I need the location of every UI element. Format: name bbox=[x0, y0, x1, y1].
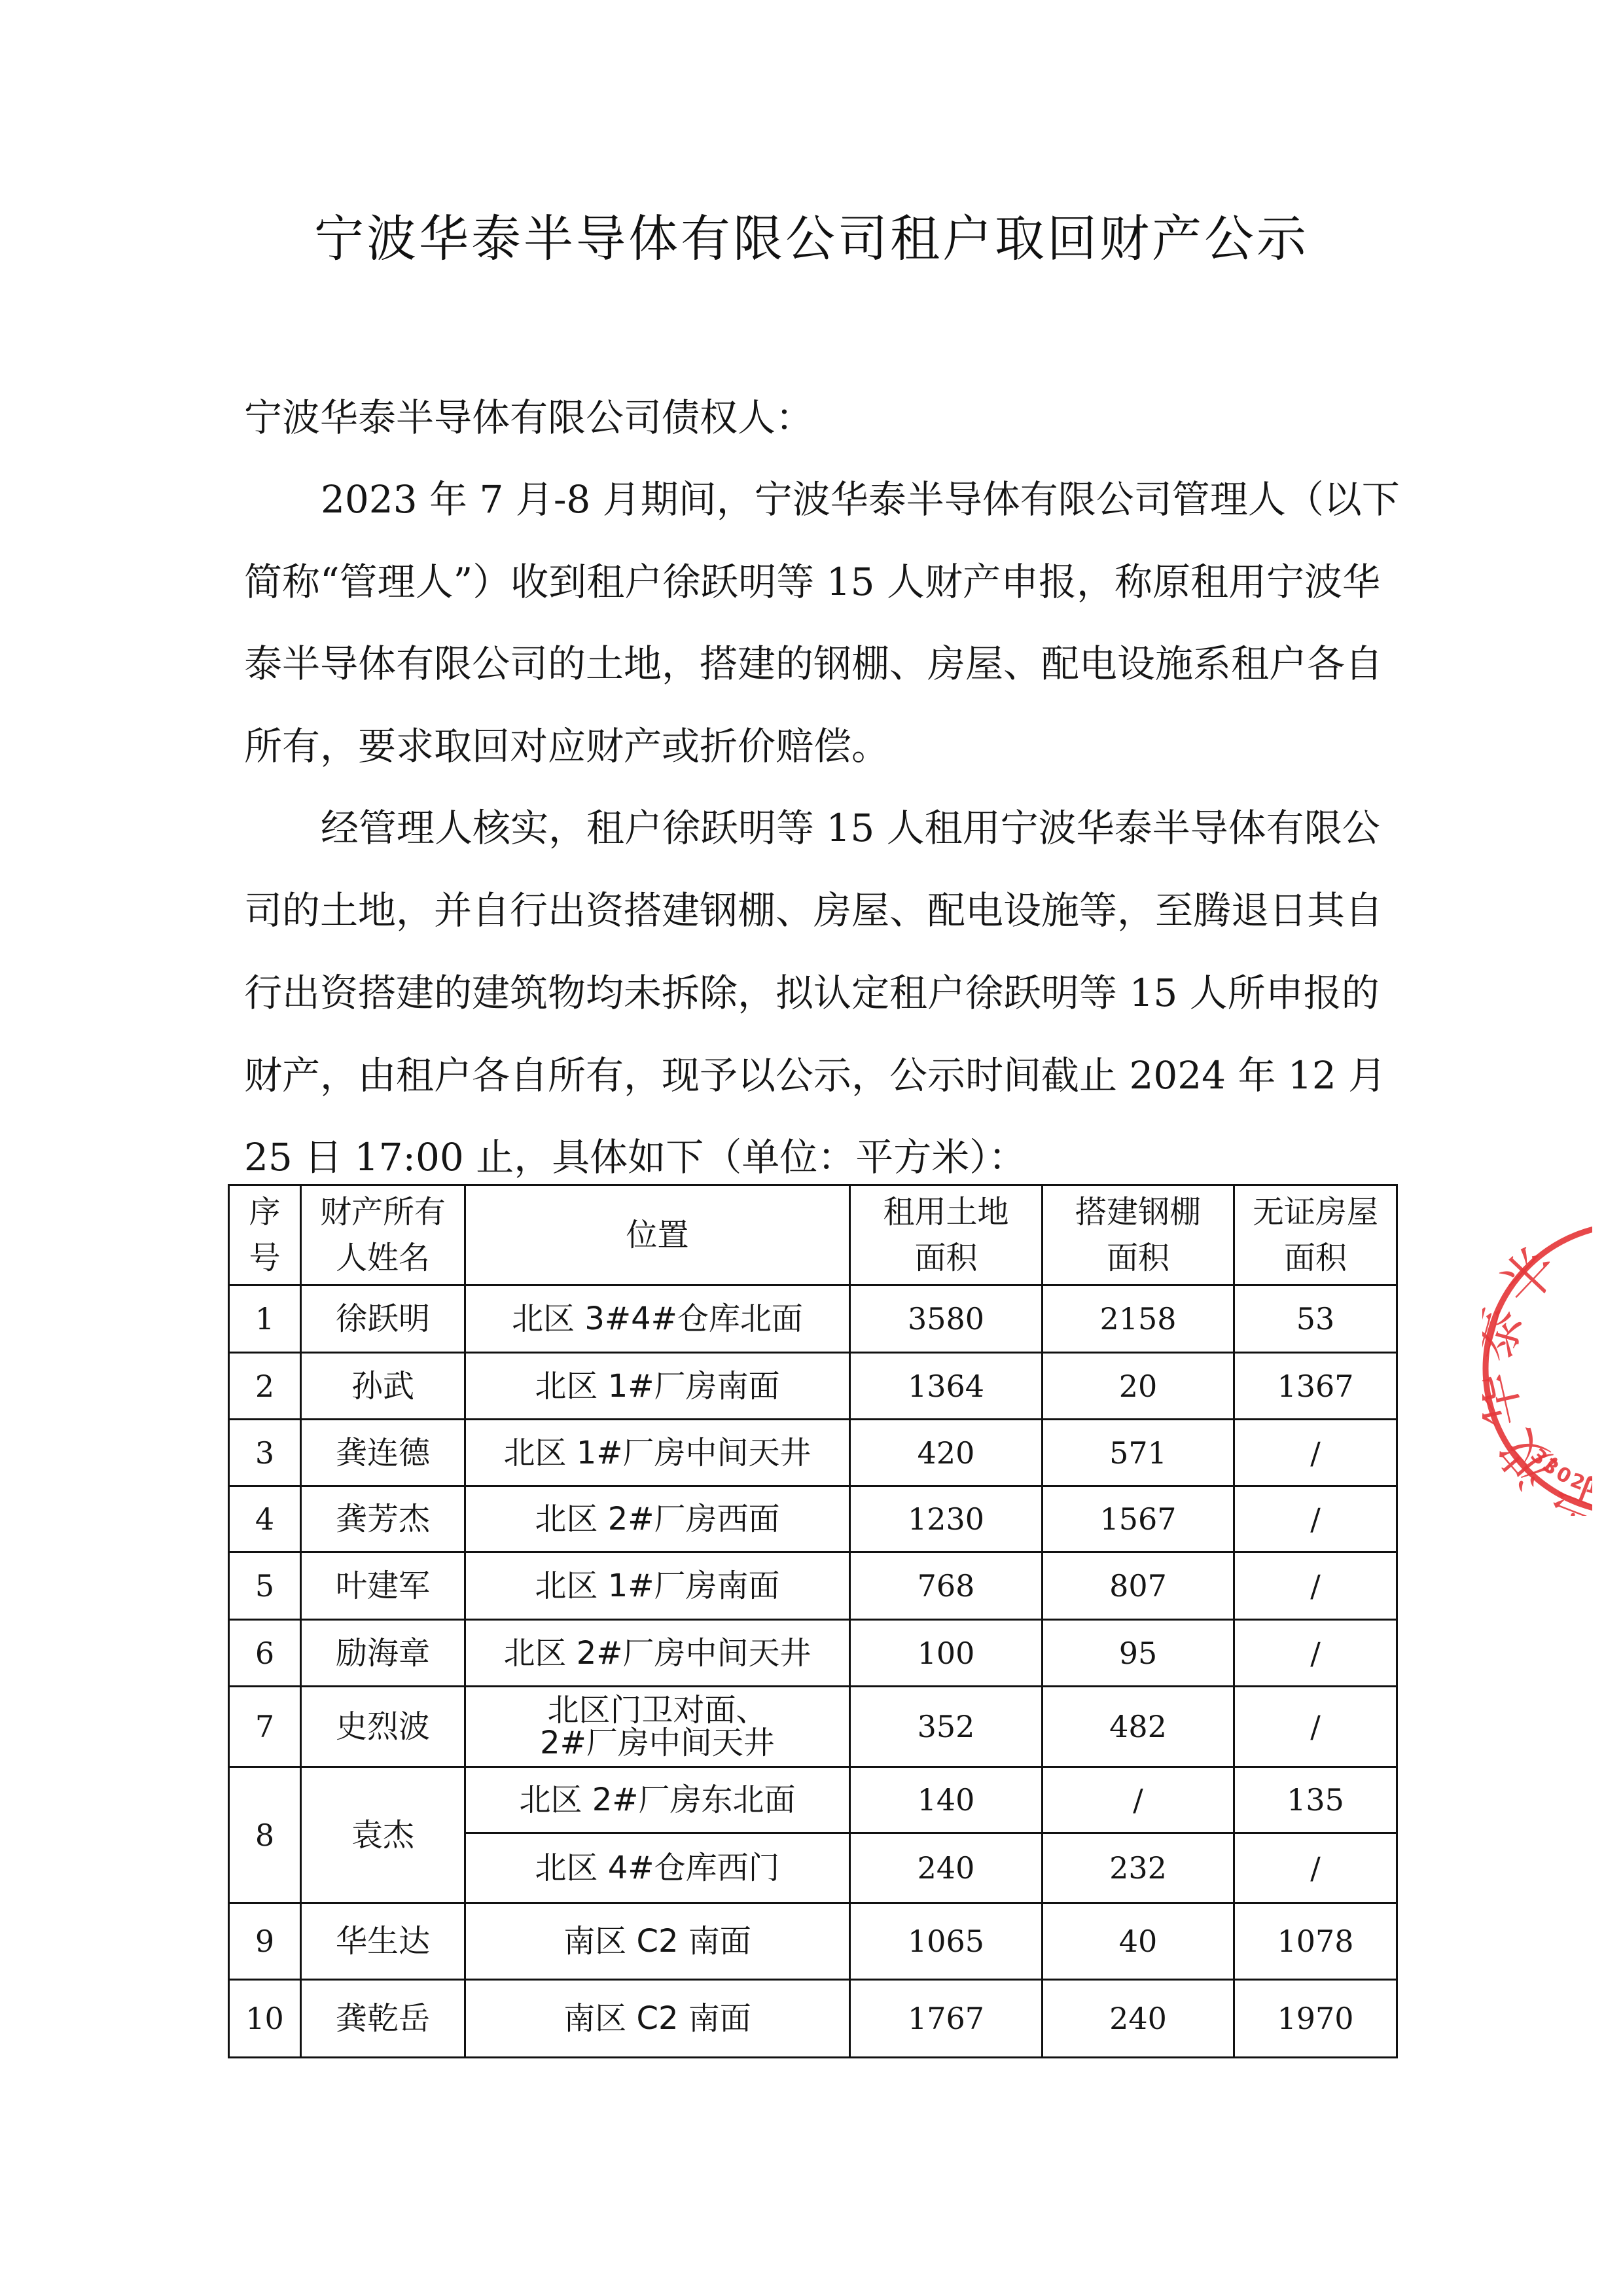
cell-house-area: 135 bbox=[1234, 1767, 1397, 1833]
cell-house-area: 1970 bbox=[1234, 1980, 1397, 2058]
table-row: 8 袁杰 北区 2#厂房东北面 140 / 135 bbox=[229, 1767, 1397, 1833]
cell-seq: 10 bbox=[229, 1980, 301, 2058]
cell-owner: 华生达 bbox=[301, 1903, 465, 1980]
cell-location: 北区 2#厂房西面 bbox=[465, 1486, 850, 1552]
table-row: 2 孙武 北区 1#厂房南面 1364 20 1367 bbox=[229, 1353, 1397, 1420]
cell-shed-area: 482 bbox=[1043, 1687, 1234, 1767]
cell-shed-area: 20 bbox=[1043, 1353, 1234, 1420]
cell-house-area: / bbox=[1234, 1833, 1397, 1903]
cell-seq: 6 bbox=[229, 1620, 301, 1687]
cell-location: 北区 2#厂房中间天井 bbox=[465, 1620, 850, 1687]
cell-land-area: 1230 bbox=[850, 1486, 1043, 1552]
cell-land-area: 420 bbox=[850, 1420, 1043, 1486]
property-table: 序号 财产所有人姓名 位置 租用土地面积 搭建钢棚面积 无证房屋面积 1 徐跃明… bbox=[228, 1184, 1398, 2058]
cell-house-area: / bbox=[1234, 1687, 1397, 1767]
cell-seq: 5 bbox=[229, 1552, 301, 1620]
cell-seq: 4 bbox=[229, 1486, 301, 1552]
cell-owner: 史烈波 bbox=[301, 1687, 465, 1767]
paragraph2-line-3: 行出资搭建的建筑物均未拆除，拟认定租户徐跃明等 15 人所申报的 bbox=[244, 952, 1378, 1034]
paragraph1-line-4: 所有，要求取回对应财产或折价赔偿。 bbox=[244, 705, 1378, 787]
cell-owner: 龚乾岳 bbox=[301, 1980, 465, 2058]
table-row: 10 龚乾岳 南区 C2 南面 1767 240 1970 bbox=[229, 1980, 1397, 2058]
cell-land-area: 240 bbox=[850, 1833, 1043, 1903]
cell-seq: 8 bbox=[229, 1767, 301, 1903]
cell-seq: 7 bbox=[229, 1687, 301, 1767]
table-row: 9 华生达 南区 C2 南面 1065 40 1078 bbox=[229, 1903, 1397, 1980]
cell-shed-area: 40 bbox=[1043, 1903, 1234, 1980]
cell-location: 南区 C2 南面 bbox=[465, 1903, 850, 1980]
cell-seq: 2 bbox=[229, 1353, 301, 1420]
table-row: 4 龚芳杰 北区 2#厂房西面 1230 1567 / bbox=[229, 1486, 1397, 1552]
table-row: 5 叶建军 北区 1#厂房南面 768 807 / bbox=[229, 1552, 1397, 1620]
cell-shed-area: 95 bbox=[1043, 1620, 1234, 1687]
cell-owner: 袁杰 bbox=[301, 1767, 465, 1903]
cell-seq: 1 bbox=[229, 1285, 301, 1353]
cell-location: 北区门卫对面、2#厂房中间天井 bbox=[465, 1687, 850, 1767]
cell-location: 北区 1#厂房中间天井 bbox=[465, 1420, 850, 1486]
cell-house-area: / bbox=[1234, 1486, 1397, 1552]
document-page: 宁波华泰半导体有限公司租户取回财产公示 宁波华泰半导体有限公司债权人： 2023… bbox=[0, 0, 1623, 2296]
header-seq: 序号 bbox=[229, 1185, 301, 1285]
table-row: 1 徐跃明 北区 3#4#仓库北面 3580 2158 53 bbox=[229, 1285, 1397, 1353]
cell-house-area: / bbox=[1234, 1620, 1397, 1687]
cell-owner: 励海章 bbox=[301, 1620, 465, 1687]
cell-land-area: 3580 bbox=[850, 1285, 1043, 1353]
cell-owner: 徐跃明 bbox=[301, 1285, 465, 1353]
cell-land-area: 352 bbox=[850, 1687, 1043, 1767]
cell-shed-area: / bbox=[1043, 1767, 1234, 1833]
cell-shed-area: 2158 bbox=[1043, 1285, 1234, 1353]
cell-house-area: 53 bbox=[1234, 1285, 1397, 1353]
header-shed-area: 搭建钢棚面积 bbox=[1043, 1185, 1234, 1285]
cell-seq: 3 bbox=[229, 1420, 301, 1486]
table-row: 7 史烈波 北区门卫对面、2#厂房中间天井 352 482 / bbox=[229, 1687, 1397, 1767]
cell-house-area: 1078 bbox=[1234, 1903, 1397, 1980]
cell-house-area: / bbox=[1234, 1420, 1397, 1486]
cell-owner: 龚连德 bbox=[301, 1420, 465, 1486]
cell-land-area: 1364 bbox=[850, 1353, 1043, 1420]
cell-shed-area: 807 bbox=[1043, 1552, 1234, 1620]
cell-location: 北区 1#厂房南面 bbox=[465, 1552, 850, 1620]
cell-location: 北区 3#4#仓库北面 bbox=[465, 1285, 850, 1353]
table-row: 6 励海章 北区 2#厂房中间天井 100 95 / bbox=[229, 1620, 1397, 1687]
cell-location: 北区 4#仓库西门 bbox=[465, 1833, 850, 1903]
paragraph2-line-4: 财产，由租户各自所有，现予以公示，公示时间截止 2024 年 12 月 bbox=[244, 1034, 1378, 1117]
cell-owner: 龚芳杰 bbox=[301, 1486, 465, 1552]
cell-location: 北区 2#厂房东北面 bbox=[465, 1767, 850, 1833]
cell-seq: 9 bbox=[229, 1903, 301, 1980]
table-row: 3 龚连德 北区 1#厂房中间天井 420 571 / bbox=[229, 1420, 1397, 1486]
cell-shed-area: 571 bbox=[1043, 1420, 1234, 1486]
cell-land-area: 1065 bbox=[850, 1903, 1043, 1980]
header-land-area: 租用土地面积 bbox=[850, 1185, 1043, 1285]
document-title: 宁波华泰半导体有限公司租户取回财产公示 bbox=[0, 203, 1592, 275]
company-seal-stamp: 宁波华泰半 33021 bbox=[1482, 1221, 1592, 1516]
cell-shed-area: 240 bbox=[1043, 1980, 1234, 2058]
salutation: 宁波华泰半导体有限公司债权人： bbox=[244, 376, 1378, 459]
cell-house-area: / bbox=[1234, 1552, 1397, 1620]
cell-land-area: 140 bbox=[850, 1767, 1043, 1833]
cell-house-area: 1367 bbox=[1234, 1353, 1397, 1420]
cell-owner: 孙武 bbox=[301, 1353, 465, 1420]
cell-land-area: 100 bbox=[850, 1620, 1043, 1687]
paragraph1-line-1: 2023 年 7 月-8 月期间，宁波华泰半导体有限公司管理人（以下 bbox=[321, 458, 1378, 541]
cell-shed-area: 1567 bbox=[1043, 1486, 1234, 1552]
cell-land-area: 768 bbox=[850, 1552, 1043, 1620]
paragraph1-line-2: 简称“管理人”）收到租户徐跃明等 15 人财产申报，称原租用宁波华 bbox=[244, 541, 1378, 623]
cell-owner: 叶建军 bbox=[301, 1552, 465, 1620]
paragraph2-line-2: 司的土地，并自行出资搭建钢棚、房屋、配电设施等，至腾退日其自 bbox=[244, 869, 1378, 952]
table-header-row: 序号 财产所有人姓名 位置 租用土地面积 搭建钢棚面积 无证房屋面积 bbox=[229, 1185, 1397, 1285]
paragraph1-line-3: 泰半导体有限公司的土地，搭建的钢棚、房屋、配电设施系租户各自 bbox=[244, 622, 1378, 705]
paragraph2-line-1: 经管理人核实，租户徐跃明等 15 人租用宁波华泰半导体有限公 bbox=[321, 787, 1378, 869]
header-owner: 财产所有人姓名 bbox=[301, 1185, 465, 1285]
cell-location: 北区 1#厂房南面 bbox=[465, 1353, 850, 1420]
cell-shed-area: 232 bbox=[1043, 1833, 1234, 1903]
cell-land-area: 1767 bbox=[850, 1980, 1043, 2058]
header-location: 位置 bbox=[465, 1185, 850, 1285]
page-clip: 宁波华泰半导体有限公司租户取回财产公示 宁波华泰半导体有限公司债权人： 2023… bbox=[0, 0, 1592, 2296]
cell-location: 南区 C2 南面 bbox=[465, 1980, 850, 2058]
header-house-area: 无证房屋面积 bbox=[1234, 1185, 1397, 1285]
